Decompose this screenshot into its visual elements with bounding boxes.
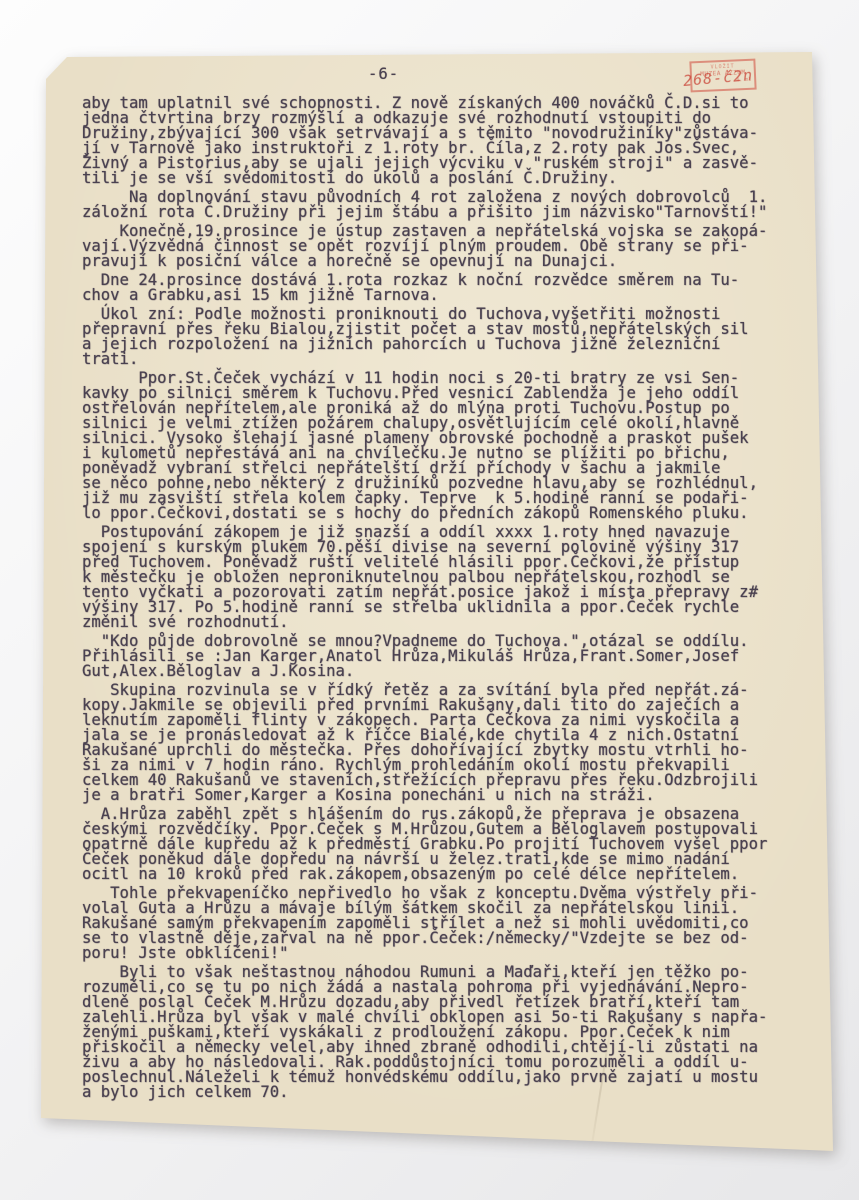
text-line: Gut,Alex.Běloglav a J.Kosina. [82, 664, 792, 679]
text-line: změnil své rozhodnutí. [82, 615, 792, 630]
text-line: ocitl na 10 kroků před rak.zákopem,obsaz… [82, 867, 792, 882]
text-paragraph: A.Hrůza zaběhl zpět s hlášením do rus.zá… [82, 807, 792, 882]
text-line: trati. [82, 352, 792, 367]
document-paper: -6- VLOŽIT MUZEA AZZUM 4. ml 268-č2n aby… [0, 0, 859, 1200]
text-paragraph: Konečně,19.prosince je ústup zastaven a … [82, 224, 792, 269]
text-paragraph: Na doplnování stavu původních 4 rot zalo… [82, 190, 792, 220]
text-line: poru! Jste obklíčeni!" [82, 946, 792, 961]
text-line: pravují k posiční válce a horečně se ope… [82, 254, 792, 269]
text-line: je a bratři Somer,Karger a Kosina ponech… [82, 788, 792, 803]
text-paragraph: Postupování zákopem je již snazší a oddí… [82, 525, 792, 630]
scan-background: -6- VLOŽIT MUZEA AZZUM 4. ml 268-č2n aby… [0, 0, 859, 1200]
text-paragraph: Dne 24.prosince dostává 1.rota rozkaz k … [82, 273, 792, 303]
text-line: lo ppor.Čečkovi,dostati se s hochy do př… [82, 506, 792, 521]
text-paragraph: aby tam uplatnil své schopnosti. Z nově … [82, 96, 792, 186]
text-line: a jejich rozpoložení na jižních pahorcíc… [82, 337, 792, 352]
text-paragraph: Skupina rozvinula se v řídký řetěz a za … [82, 683, 792, 803]
text-body: aby tam uplatnil své schopnosti. Z nově … [82, 96, 792, 1100]
text-paragraph: "Kdo půjde dobrovolně se mnou?Vpadneme d… [82, 634, 792, 679]
text-line: chov a Grabku,asi 15 km jižně Tarnova. [82, 288, 792, 303]
text-line: záložní rota Č.Družiny při jejim štábu a… [82, 205, 792, 220]
text-paragraph: Tohle překvapeníčko nepřivedlo ho však z… [82, 886, 792, 961]
text-line: a bylo jich celkem 70. [82, 1085, 792, 1100]
text-line: tili je se vší svědomitostí do ukolů a p… [82, 171, 792, 186]
text-paragraph: Byli to však neštastnou náhodou Rumuni a… [82, 965, 792, 1100]
text-paragraph: Ppor.St.Čeček vychází v 11 hodin noci s … [82, 371, 792, 521]
text-paragraph: Úkol zní: Podle možnosti proniknouti do … [82, 307, 792, 367]
paper-shadow: -6- VLOŽIT MUZEA AZZUM 4. ml 268-č2n aby… [0, 0, 859, 1200]
page-number: -6- [368, 65, 399, 83]
